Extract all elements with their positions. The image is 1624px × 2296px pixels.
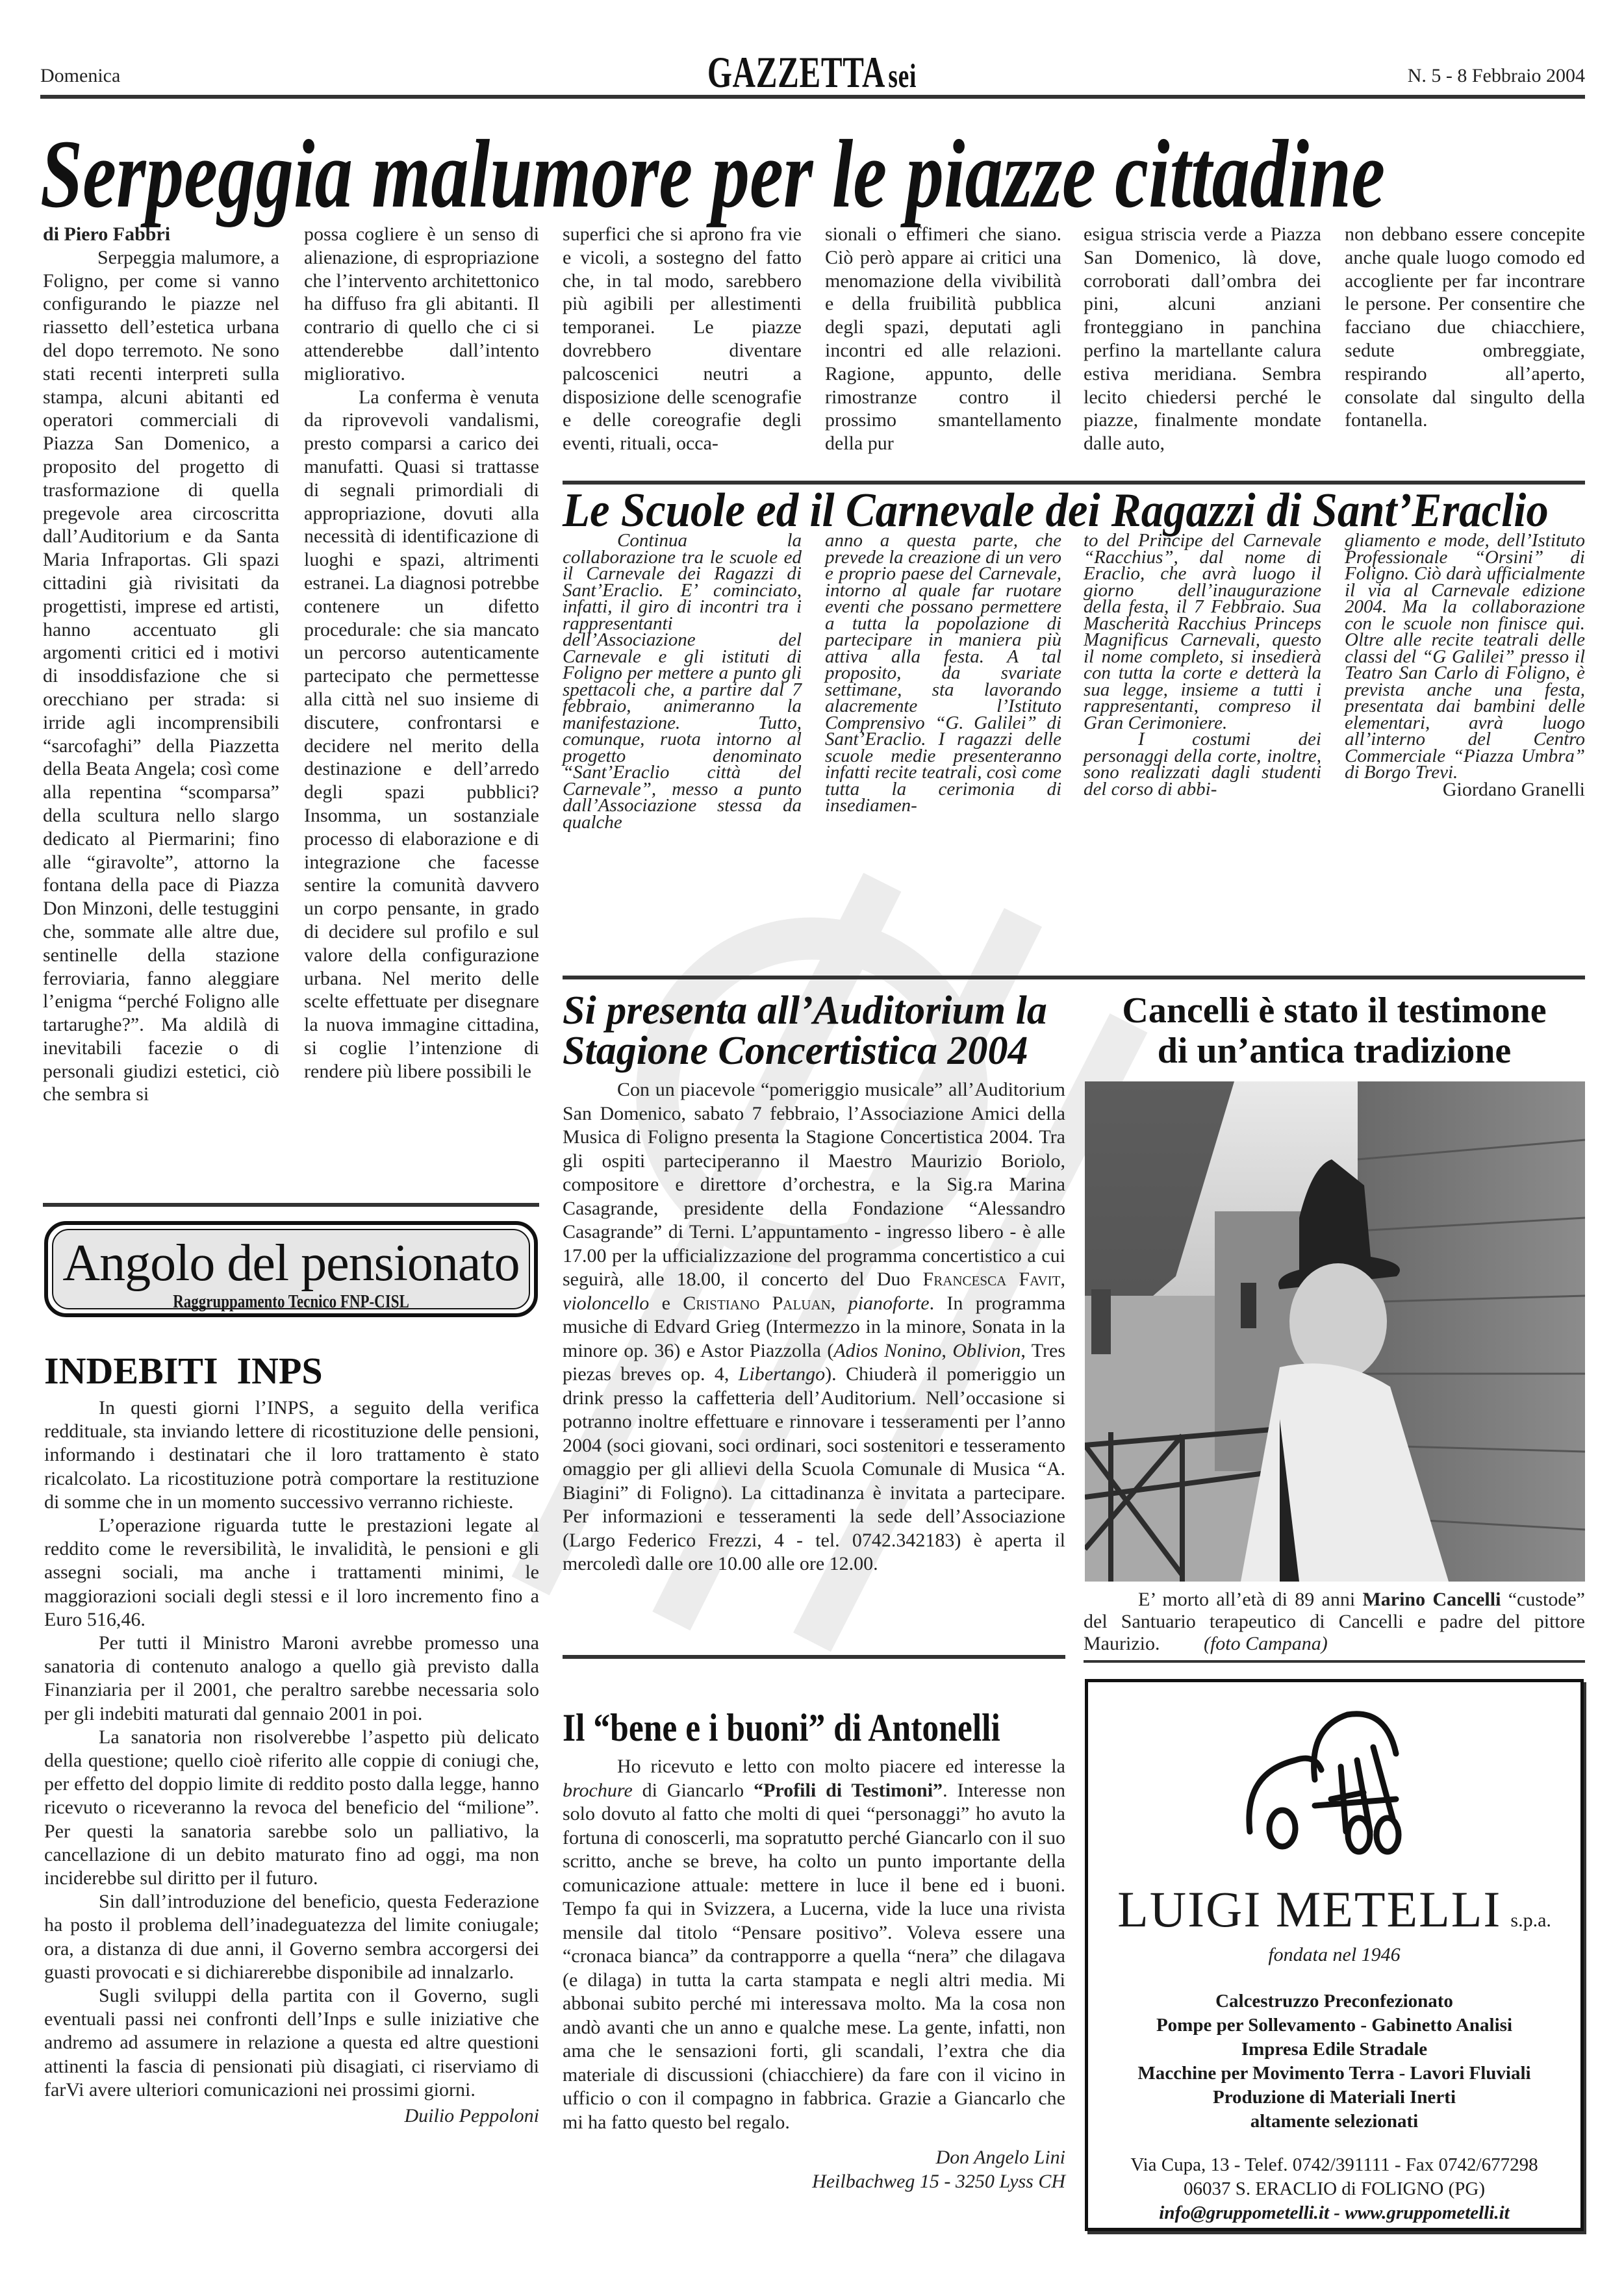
performer-name: Cristiano Paluan bbox=[683, 1293, 831, 1314]
main-article-col-1: di Piero Fabbri Serpeggia malumore, a Fo… bbox=[43, 223, 279, 1106]
auditorium-headline-line-2: Stagione Concertistica 2004 bbox=[563, 1031, 1065, 1071]
ad-service-item: Pompe per Sollevamento - Gabinetto Anali… bbox=[1088, 2013, 1580, 2037]
inps-body: In questi giorni l’INPS, a seguito della… bbox=[44, 1396, 539, 2128]
inps-paragraph: Per tutti il Ministro Maroni avrebbe pro… bbox=[44, 1632, 539, 1726]
ad-founded: fondata nel 1946 bbox=[1088, 1944, 1580, 1966]
carnevale-paragraph: gliamento e mode, dell’Istituto Professi… bbox=[1345, 533, 1585, 781]
antonelli-text: brochure bbox=[563, 1780, 633, 1801]
auditorium-text: e bbox=[662, 1293, 670, 1314]
section-rule bbox=[563, 1655, 1065, 1659]
angolo-pensionato-box: Angolo del pensionato Raggruppamento Tec… bbox=[44, 1221, 538, 1317]
main-article-paragraph: sionali o effimeri che siano. Ciò però a… bbox=[825, 223, 1061, 455]
main-article-paragraph: superfici che si aprono fra vie e vicoli… bbox=[563, 223, 802, 455]
main-article-col-3: superfici che si aprono fra vie e vicoli… bbox=[563, 223, 802, 455]
carnevale-col-2: anno a questa parte, che prevede la crea… bbox=[825, 533, 1061, 814]
main-article-paragraph: non debbano essere concepite anche quale… bbox=[1345, 223, 1585, 432]
inps-paragraph: In questi giorni l’INPS, a seguito della… bbox=[44, 1396, 539, 1514]
dumper-truck-logo-icon bbox=[1237, 1708, 1432, 1864]
ad-address-line-2: 06037 S. ERACLIO di FOLIGNO (PG) bbox=[1088, 2177, 1580, 2201]
antonelli-signature-address: Heilbachweg 15 - 3250 Lyss CH bbox=[563, 2170, 1065, 2194]
cancelli-headline: Cancelli è stato il testimone di un’anti… bbox=[1084, 990, 1585, 1071]
cancelli-photo bbox=[1085, 1081, 1585, 1582]
inps-paragraph: L’operazione riguarda tutte le prestazio… bbox=[44, 1514, 539, 1632]
ad-service-item: Calcestruzzo Preconfezionato bbox=[1088, 1989, 1580, 2013]
auditorium-headline-line-1: Si presenta all’Auditorium la bbox=[563, 990, 1065, 1031]
portrait-photo-icon bbox=[1085, 1081, 1585, 1582]
cancelli-caption: E’ morto all’età di 89 anni Marino Cance… bbox=[1084, 1589, 1585, 1655]
antonelli-signature-name: Don Angelo Lini bbox=[563, 2146, 1065, 2170]
auditorium-text: ). Chiuderà il pomeriggio un drink press… bbox=[563, 1363, 1065, 1574]
caption-text: E’ morto all’età di 89 anni bbox=[1138, 1589, 1362, 1610]
cancelli-headline-line-2: di un’antica tradizione bbox=[1084, 1031, 1585, 1071]
carnevale-col-4: gliamento e mode, dell’Istituto Professi… bbox=[1345, 533, 1585, 798]
ad-service-item: Macchine per Movimento Terra - Lavori Fl… bbox=[1088, 2062, 1580, 2086]
main-article-col-6: non debbano essere concepite anche quale… bbox=[1345, 223, 1585, 432]
masthead-title-main: GAZZETTA bbox=[707, 47, 885, 97]
masthead-issue: N. 5 - 8 Febbraio 2004 bbox=[1408, 65, 1585, 87]
photo-credit: (foto Campana) bbox=[1204, 1633, 1328, 1654]
inps-paragraph: La sanatoria non risolverebbe l’aspetto … bbox=[44, 1726, 539, 1890]
carnevale-headline: Le Scuole ed il Carnevale dei Ragazzi di… bbox=[563, 485, 1549, 536]
main-article-paragraph: possa cogliere è un senso di alienazione… bbox=[304, 223, 539, 386]
section-rule bbox=[1084, 1660, 1585, 1663]
antonelli-headline: Il “bene e i buoni” di Antonelli bbox=[563, 1707, 1000, 1748]
ad-service-item: altamente selezionati bbox=[1088, 2110, 1580, 2134]
music-work: Libertango bbox=[739, 1363, 825, 1385]
main-article-col-2: possa cogliere è un senso di alienazione… bbox=[304, 223, 539, 1083]
ad-company-suffix: s.p.a. bbox=[1510, 1910, 1551, 1931]
ad-service-item: Produzione di Materiali Inerti bbox=[1088, 2086, 1580, 2110]
cancelli-headline-line-1: Cancelli è stato il testimone bbox=[1084, 990, 1585, 1031]
antonelli-body: Ho ricevuto e letto con molto piacere ed… bbox=[563, 1755, 1065, 2193]
main-headline: Serpeggia malumore per le piazze cittadi… bbox=[40, 122, 1246, 226]
main-article-col-4: sionali o effimeri che siano. Ciò però a… bbox=[825, 223, 1061, 455]
main-article-paragraph: esigua striscia verde a Piazza San Domen… bbox=[1084, 223, 1321, 455]
masthead-rule bbox=[40, 95, 1585, 99]
carnevale-paragraph: I costumi dei personaggi della corte, in… bbox=[1084, 731, 1321, 798]
auditorium-text: Con un piacevole “pomeriggio musicale” a… bbox=[563, 1079, 1065, 1290]
antonelli-text: Ho ricevuto e letto con molto piacere ed… bbox=[617, 1756, 1065, 1777]
masthead-title-suffix: sei bbox=[888, 58, 917, 95]
instrument: pianoforte bbox=[848, 1293, 930, 1314]
angolo-pensionato-title: Angolo del pensionato bbox=[53, 1230, 529, 1293]
antonelli-paragraph: Ho ricevuto e letto con molto piacere ed… bbox=[563, 1755, 1065, 2134]
antonelli-text: di Giancarlo bbox=[633, 1780, 754, 1801]
angolo-pensionato-inner: Angolo del pensionato Raggruppamento Tec… bbox=[52, 1229, 530, 1309]
main-article-paragraph: Serpeggia malumore, a Foligno, per come … bbox=[43, 246, 279, 1106]
main-article-paragraph: La conferma è venuta da riprovevoli vand… bbox=[304, 386, 539, 1083]
masthead-title: GAZZETTAsei bbox=[227, 47, 1397, 98]
music-work: Oblivion bbox=[952, 1340, 1021, 1361]
inps-paragraph: Sin dall’introduzione del beneficio, que… bbox=[44, 1890, 539, 1984]
instrument: violoncello bbox=[563, 1293, 649, 1314]
ad-company-name: LUIGI METELLI bbox=[1117, 1881, 1501, 1937]
inps-headline: INDEBITI INPS bbox=[44, 1351, 323, 1391]
carnevale-col-3: to del Principe del Carnevale “Racchius”… bbox=[1084, 533, 1321, 798]
ad-contact: Via Cupa, 13 - Telef. 0742/391111 - Fax … bbox=[1088, 2153, 1580, 2225]
inps-paragraph: Sugli sviluppi della partita con il Gove… bbox=[44, 1984, 539, 2102]
antonelli-book-title: “Profili di Testimoni” bbox=[754, 1780, 943, 1801]
carnevale-paragraph: anno a questa parte, che prevede la crea… bbox=[825, 533, 1061, 814]
main-article-col-5: esigua striscia verde a Piazza San Domen… bbox=[1084, 223, 1321, 455]
antonelli-text: . Interesse non solo dovuto al fatto che… bbox=[563, 1780, 1065, 2133]
ad-web-link[interactable]: info@gruppometelli.it - www.gruppometell… bbox=[1088, 2201, 1580, 2225]
performer-name: Francesca Favit bbox=[923, 1268, 1061, 1290]
ad-address-line-1: Via Cupa, 13 - Telef. 0742/391111 - Fax … bbox=[1088, 2153, 1580, 2177]
masthead-day: Domenica bbox=[40, 65, 120, 87]
auditorium-headline: Si presenta all’Auditorium la Stagione C… bbox=[563, 990, 1065, 1071]
cancelli-caption-text: E’ morto all’età di 89 anni Marino Cance… bbox=[1084, 1589, 1585, 1655]
section-rule bbox=[43, 1203, 539, 1207]
carnevale-paragraph: to del Principe del Carnevale “Racchius”… bbox=[1084, 533, 1321, 731]
section-rule bbox=[563, 976, 1585, 979]
ad-service-item: Impresa Edile Stradale bbox=[1088, 2037, 1580, 2062]
carnevale-paragraph: Continua la collaborazione tra le scuole… bbox=[563, 533, 802, 831]
caption-name: Marino Cancelli bbox=[1362, 1589, 1501, 1610]
angolo-pensionato-subtitle: Raggruppamento Tecnico FNP-CISL bbox=[96, 1293, 486, 1312]
music-work: Adios Nonino bbox=[833, 1340, 941, 1361]
inps-signature: Duilio Peppoloni bbox=[44, 2104, 539, 2128]
main-article-byline: di Piero Fabbri bbox=[43, 223, 279, 246]
auditorium-body: Con un piacevole “pomeriggio musicale” a… bbox=[563, 1078, 1065, 1576]
auditorium-paragraph: Con un piacevole “pomeriggio musicale” a… bbox=[563, 1078, 1065, 1576]
metelli-advertisement[interactable]: LUIGI METELLI s.p.a. fondata nel 1946 Ca… bbox=[1085, 1679, 1584, 2231]
carnevale-author: Giordano Granelli bbox=[1345, 781, 1585, 798]
ad-services: Calcestruzzo Preconfezionato Pompe per S… bbox=[1088, 1989, 1580, 2134]
ad-company: LUIGI METELLI s.p.a. bbox=[1088, 1880, 1580, 1939]
carnevale-col-1: Continua la collaborazione tra le scuole… bbox=[563, 533, 802, 831]
